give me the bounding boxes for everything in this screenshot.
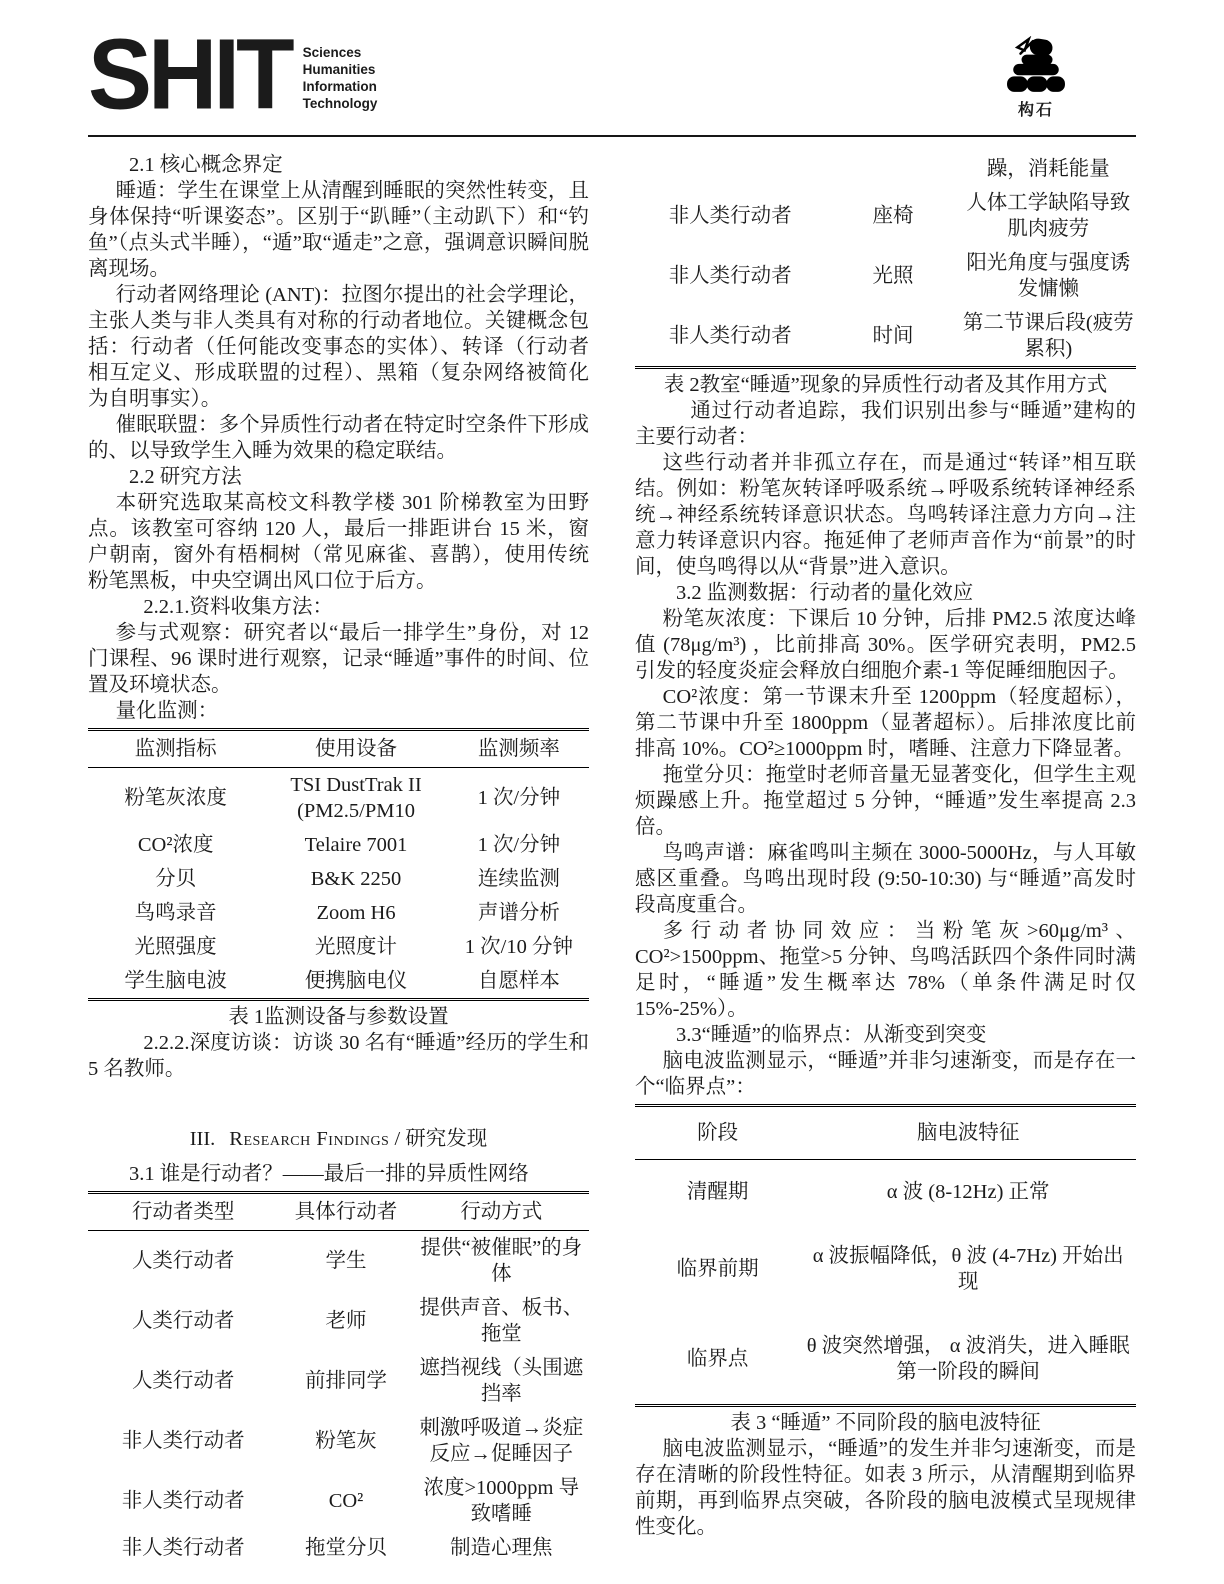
section-numeral: III.	[190, 1128, 216, 1150]
table-cell: 提供声音、板书、拖堂	[414, 1291, 589, 1351]
table-cell: 拖堂分贝	[278, 1531, 413, 1565]
document-page: SHIT Sciences Humanities Information Tec…	[0, 0, 1224, 1584]
table-row: 非人类行动者 时间 第二节课后段(疲劳累积)	[635, 306, 1136, 368]
table-row: 鸟鸣录音 Zoom H6 声谱分析	[88, 896, 589, 930]
table-cell: 非人类行动者	[88, 1411, 278, 1471]
table-cell: 非人类行动者	[88, 1471, 278, 1531]
table-row: 人类行动者 老师 提供声音、板书、拖堂	[88, 1291, 589, 1351]
table-header-row: 阶段 脑电波特征	[635, 1106, 1136, 1160]
table-row: 临界前期 α 波振幅降低，θ 波 (4-7Hz) 开始出现	[635, 1224, 1136, 1314]
paragraph-eeg-intro: 脑电波监测显示，“睡遁”并非匀速渐变，而是存在一个“临界点”：	[635, 1048, 1136, 1100]
table-cell: 光照	[825, 246, 960, 306]
table-cell: 非人类行动者	[635, 186, 825, 246]
paragraph-ant-theory: 行动者网络理论 (ANT)：拉图尔提出的社会学理论，主张人类与非人类具有对称的行…	[88, 282, 589, 412]
table-row: 粉笔灰浓度 TSI DustTrak II (PM2.5/PM10 1 次/分钟	[88, 768, 589, 829]
table-cell: 鸟鸣录音	[88, 896, 263, 930]
table-cell	[635, 152, 825, 186]
table-cell: 座椅	[825, 186, 960, 246]
table-cell: 人类行动者	[88, 1291, 278, 1351]
table-cell: 连续监测	[449, 862, 589, 896]
table-cell: 阳光角度与强度诱发慵懒	[961, 246, 1136, 306]
tagline-line: Sciences	[303, 44, 378, 61]
table-row: 非人类行动者 CO² 浓度>1000ppm 导致嗜睡	[88, 1471, 589, 1531]
column-header: 行动者类型	[88, 1193, 278, 1231]
rock-pile-icon	[998, 36, 1074, 96]
right-column: 躁，消耗能量 非人类行动者 座椅 人体工学缺陷导致肌肉疲劳 非人类行动者 光照 …	[635, 152, 1136, 1565]
table-cell: 提供“被催眠”的身体	[414, 1231, 589, 1292]
table-cell: 光照度计	[263, 930, 448, 964]
paragraph-field-site: 本研究选取某高校文科教学楼 301 阶梯教室为田野点。该教室可容纳 120 人，…	[88, 490, 589, 594]
paragraph-multi-actor-synergy: 多行动者协同效应：当粉笔灰>60μg/m³、CO²>1500ppm、拖堂>5 分…	[635, 918, 1136, 1022]
subsection-heading-3-2: 3.2 监测数据：行动者的量化效应	[635, 580, 1136, 606]
table-cell: 自愿样本	[449, 964, 589, 1000]
table-row: 人类行动者 前排同学 遮挡视线（头围遮挡率	[88, 1351, 589, 1411]
table-cell: 粉笔灰浓度	[88, 768, 263, 829]
paragraph-hypnosis-alliance: 催眠联盟：多个异质性行动者在特定时空条件下形成的、以导致学生入睡为效果的稳定联结…	[88, 412, 589, 464]
table-cell: 人类行动者	[88, 1351, 278, 1411]
paragraph-co2: CO²浓度：第一节课末升至 1200ppm（轻度超标），第二节课中升至 1800…	[635, 684, 1136, 762]
table-cell: 非人类行动者	[635, 246, 825, 306]
column-header: 使用设备	[263, 730, 448, 768]
table-cell: 老师	[278, 1291, 413, 1351]
table-row: 躁，消耗能量	[635, 152, 1136, 186]
table-cell: TSI DustTrak II (PM2.5/PM10	[263, 768, 448, 829]
table-monitoring-devices: 监测指标 使用设备 监测频率 粉笔灰浓度 TSI DustTrak II (PM…	[88, 728, 589, 1001]
table1-caption: 表 1监测设备与参数设置	[88, 1004, 589, 1030]
table-cell: 前排同学	[278, 1351, 413, 1411]
table-row: 学生脑电波 便携脑电仪 自愿样本	[88, 964, 589, 1000]
table-cell: 第二节课后段(疲劳累积)	[961, 306, 1136, 368]
paragraph-shuidun-definition: 睡遁：学生在课堂上从清醒到睡眠的突然性转变，且身体保持“听课姿态”。区别于“趴睡…	[88, 178, 589, 282]
table-cell: Zoom H6	[263, 896, 448, 930]
table-row: 非人类行动者 光照 阳光角度与强度诱发慵懒	[635, 246, 1136, 306]
table-row: 非人类行动者 粉笔灰 刺激呼吸道→炎症反应→促睡因子	[88, 1411, 589, 1471]
tagline-line: Humanities	[303, 61, 378, 78]
paragraph-chalk-dust: 粉笔灰浓度：下课后 10 分钟，后排 PM2.5 浓度达峰值 (78μg/m³)…	[635, 606, 1136, 684]
table-cell: 人体工学缺陷导致肌肉疲劳	[961, 186, 1136, 246]
header-divider	[88, 135, 1136, 137]
section-heading-3: III.Research Findings / 研究发现	[88, 1126, 589, 1152]
column-header: 具体行动者	[278, 1193, 413, 1231]
table-cell: 遮挡视线（头围遮挡率	[414, 1351, 589, 1411]
tagline-line: Information	[303, 78, 378, 95]
paragraph-participant-observation: 参与式观察：研究者以“最后一排学生”身份，对 12 门课程、96 课时进行观察，…	[88, 620, 589, 698]
table-cell: 躁，消耗能量	[961, 152, 1136, 186]
publisher-name: 构石	[994, 97, 1078, 120]
table-cell: CO²	[278, 1471, 413, 1531]
column-header: 行动方式	[414, 1193, 589, 1231]
column-header: 阶段	[635, 1106, 800, 1160]
table-row: 清醒期 α 波 (8-12Hz) 正常	[635, 1160, 1136, 1225]
subsection-heading-2-1: 2.1 核心概念界定	[88, 152, 589, 178]
table-cell: 人类行动者	[88, 1231, 278, 1292]
left-column: 2.1 核心概念界定 睡遁：学生在课堂上从清醒到睡眠的突然性转变，且身体保持“听…	[88, 152, 589, 1565]
table-row: 临界点 θ 波突然增强， α 波消失，进入睡眠第一阶段的瞬间	[635, 1314, 1136, 1406]
table-cell: α 波 (8-12Hz) 正常	[800, 1160, 1136, 1225]
column-header: 监测频率	[449, 730, 589, 768]
table-cell: 粉笔灰	[278, 1411, 413, 1471]
table-cell: 1 次/分钟	[449, 768, 589, 829]
column-header: 脑电波特征	[800, 1106, 1136, 1160]
table-cell: 光照强度	[88, 930, 263, 964]
table-row: 分贝 B&K 2250 连续监测	[88, 862, 589, 896]
table-row: 非人类行动者 座椅 人体工学缺陷导致肌肉疲劳	[635, 186, 1136, 246]
table-cell: 非人类行动者	[88, 1531, 278, 1565]
table-cell: 时间	[825, 306, 960, 368]
paragraph-quantitative-monitoring: 量化监测：	[88, 698, 589, 724]
subsection-heading-3-1: 3.1 谁是行动者？——最后一排的异质性网络	[88, 1161, 589, 1187]
journal-header: SHIT Sciences Humanities Information Tec…	[88, 36, 1136, 130]
table-header-row: 行动者类型 具体行动者 行动方式	[88, 1193, 589, 1231]
table-cell: 非人类行动者	[635, 306, 825, 368]
table-cell: 临界点	[635, 1314, 800, 1406]
table-cell: 1 次/分钟	[449, 828, 589, 862]
table3-caption: 表 3 “睡遁” 不同阶段的脑电波特征	[635, 1410, 1136, 1436]
section-title-en: Research Findings	[229, 1128, 389, 1150]
table-cell	[825, 152, 960, 186]
table-cell: 声谱分析	[449, 896, 589, 930]
table-cell: Telaire 7001	[263, 828, 448, 862]
table-cell: CO²浓度	[88, 828, 263, 862]
table-row: 光照强度 光照度计 1 次/10 分钟	[88, 930, 589, 964]
table2-caption: 表 2教室“睡遁”现象的异质性行动者及其作用方式	[635, 372, 1136, 398]
journal-logo-wordmark: SHIT	[88, 34, 291, 115]
tagline-line: Technology	[303, 95, 378, 112]
table-cell: 1 次/10 分钟	[449, 930, 589, 964]
table-cell: 分贝	[88, 862, 263, 896]
table-cell: α 波振幅降低，θ 波 (4-7Hz) 开始出现	[800, 1224, 1136, 1314]
section-title-zh: / 研究发现	[389, 1128, 487, 1150]
table-cell: 清醒期	[635, 1160, 800, 1225]
column-header: 监测指标	[88, 730, 263, 768]
journal-tagline: Sciences Humanities Information Technolo…	[303, 44, 378, 112]
publisher-logo: 构石	[994, 36, 1078, 120]
table-cell: 便携脑电仪	[263, 964, 448, 1000]
table-actors-part1: 行动者类型 具体行动者 行动方式 人类行动者 学生 提供“被催眠”的身体 人类行…	[88, 1191, 589, 1565]
table-cell: 学生	[278, 1231, 413, 1292]
table-row: 人类行动者 学生 提供“被催眠”的身体	[88, 1231, 589, 1292]
paragraph-eeg-conclusion: 脑电波监测显示，“睡遁”的发生并非匀速渐变，而是存在清晰的阶段性特征。如表 3 …	[635, 1436, 1136, 1540]
table-cell: 学生脑电波	[88, 964, 263, 1000]
subsection-heading-2-2: 2.2 研究方法	[88, 464, 589, 490]
table-cell: B&K 2250	[263, 862, 448, 896]
subsubsection-heading-2-2-1: 2.2.1.资料收集方法：	[88, 594, 589, 620]
paragraph-interviews: 2.2.2.深度访谈：访谈 30 名有“睡遁”经历的学生和 5 名教师。	[88, 1030, 589, 1082]
article-body: 2.1 核心概念界定 睡遁：学生在课堂上从清醒到睡眠的突然性转变，且身体保持“听…	[88, 152, 1136, 1565]
journal-brand: SHIT Sciences Humanities Information Tec…	[88, 36, 377, 114]
paragraph-birdsong: 鸟鸣声谱：麻雀鸣叫主频在 3000-5000Hz，与人耳敏感区重叠。鸟鸣出现时段…	[635, 840, 1136, 918]
table-actors-part2: 躁，消耗能量 非人类行动者 座椅 人体工学缺陷导致肌肉疲劳 非人类行动者 光照 …	[635, 152, 1136, 369]
table-header-row: 监测指标 使用设备 监测频率	[88, 730, 589, 768]
paragraph-overtime-decibel: 拖堂分贝：拖堂时老师音量无显著变化，但学生主观烦躁感上升。拖堂超过 5 分钟，“…	[635, 762, 1136, 840]
table-row: CO²浓度 Telaire 7001 1 次/分钟	[88, 828, 589, 862]
table-cell: 刺激呼吸道→炎症反应→促睡因子	[414, 1411, 589, 1471]
paragraph-translation-chains: 这些行动者并非孤立存在，而是通过“转译”相互联结。例如：粉笔灰转译呼吸系统→呼吸…	[635, 450, 1136, 580]
table-row: 非人类行动者 拖堂分贝 制造心理焦	[88, 1531, 589, 1565]
table-cell: 制造心理焦	[414, 1531, 589, 1565]
table-cell: 临界前期	[635, 1224, 800, 1314]
table-cell: 浓度>1000ppm 导致嗜睡	[414, 1471, 589, 1531]
paragraph-actor-tracking: 通过行动者追踪，我们识别出参与“睡遁”建构的主要行动者：	[635, 398, 1136, 450]
subsection-heading-3-3: 3.3“睡遁”的临界点：从渐变到突变	[635, 1022, 1136, 1048]
table-eeg-stages: 阶段 脑电波特征 清醒期 α 波 (8-12Hz) 正常 临界前期 α 波振幅降…	[635, 1104, 1136, 1407]
table-cell: θ 波突然增强， α 波消失，进入睡眠第一阶段的瞬间	[800, 1314, 1136, 1406]
